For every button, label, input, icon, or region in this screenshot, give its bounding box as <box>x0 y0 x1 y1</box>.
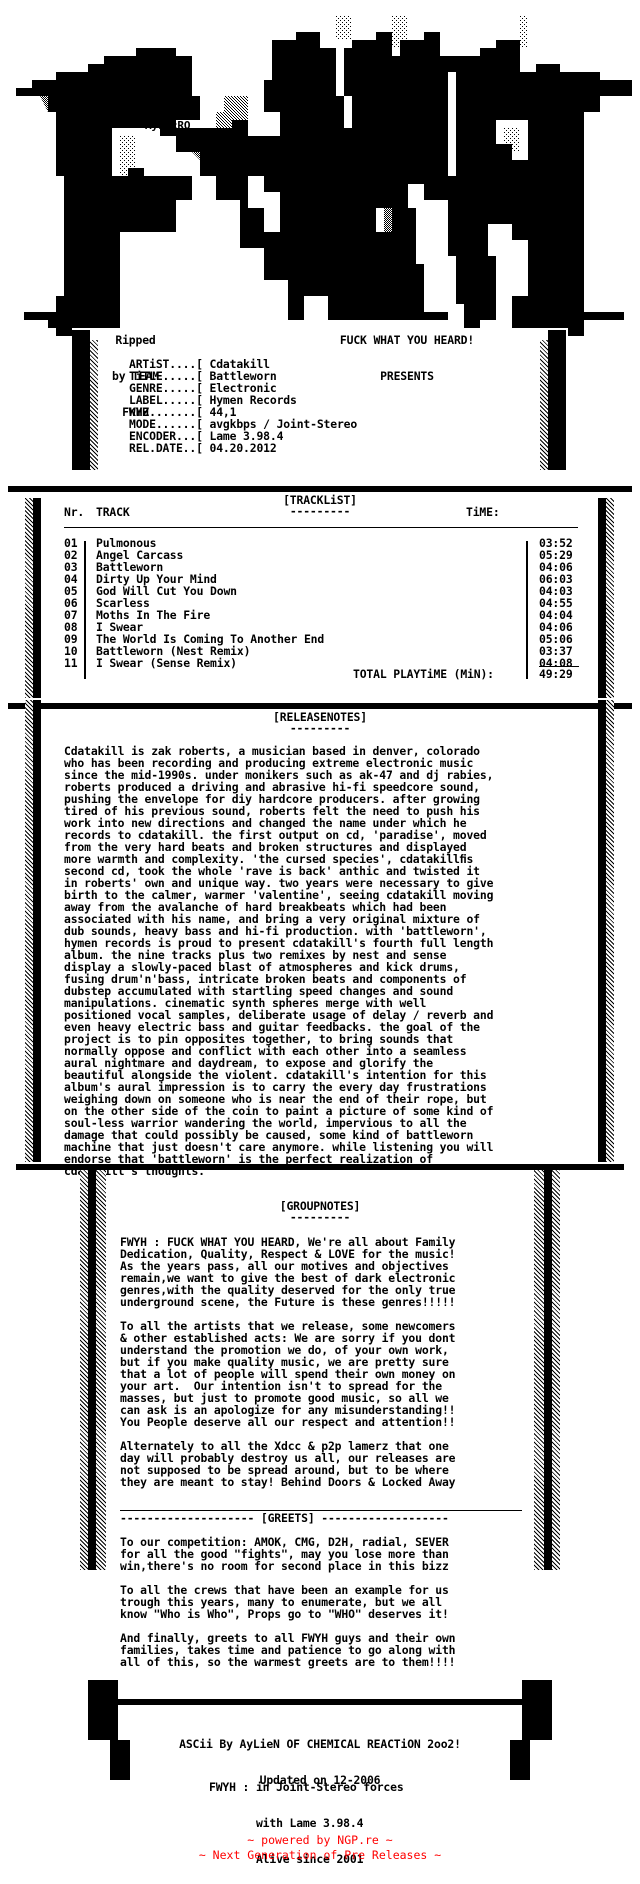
total-playtime-value: 49:29 <box>539 668 573 680</box>
tracklist-right-border <box>598 498 606 698</box>
footer-powered-by: ~ powered by NGP.re ~ <box>0 1833 640 1847</box>
groupnotes-left-shade-1 <box>80 1170 88 1570</box>
groupnotes-right-border <box>544 1170 552 1570</box>
info-value: 04.20.2012 <box>210 441 277 455</box>
tracklist-left-border <box>33 498 41 698</box>
tracklist-top-bar <box>8 486 632 492</box>
logo-art-icon <box>0 0 640 340</box>
presents-line-1: FUCK WHAT YOU HEARD! <box>322 334 492 346</box>
groupnotes-heading-underline: --------- <box>0 1211 640 1223</box>
groupnotes-paragraph: To all the artists that we release, some… <box>120 1320 455 1428</box>
greets-line: win,there's no room for second place in … <box>120 1560 455 1572</box>
track-title: I Swear (Sense Remix) <box>96 657 237 669</box>
info-row: REL.DATE..[ 04.20.2012 <box>129 442 357 454</box>
logo-signature: AyL.cRO <box>145 120 190 132</box>
releasenotes-body: Cdatakill is zak roberts, a musician bas… <box>64 745 493 1177</box>
credits-top-bar <box>110 1699 530 1705</box>
fwyh-ascii-logo <box>0 0 640 340</box>
releasenotes-heading-underline: --------- <box>0 722 640 734</box>
left-pillar-shade <box>90 340 98 470</box>
tracklist-time-divider <box>526 541 528 679</box>
groupnotes-left-shade-2 <box>96 1170 106 1570</box>
credits-line-ascii: ASCii By AyLieN OF CHEMICAL REACTiON 2oo… <box>0 1738 640 1750</box>
greets-body: To our competition: AMOK, CMG, D2H, radi… <box>120 1536 455 1680</box>
groupnotes-top-bar <box>16 1164 624 1170</box>
groupnotes-line: they are meant to stay! Behind Doors & L… <box>120 1476 455 1488</box>
greets-heading: -------------------- [GREETS] ----------… <box>120 1512 449 1524</box>
col-track: TRACK <box>96 506 130 518</box>
fwyh-line-2: with Lame 3.98.4 <box>209 1817 404 1829</box>
groupnotes-paragraph: FWYH : FUCK WHAT YOU HEARD, We're all ab… <box>120 1236 455 1308</box>
tracklist-right-shade <box>606 498 614 698</box>
releasenotes-left-shade <box>25 700 33 1162</box>
groupnotes-left-border <box>88 1170 96 1570</box>
greets-line: all of this, so the warmest greets are t… <box>120 1656 455 1668</box>
releasenotes-left-border <box>33 700 41 1162</box>
greets-paragraph: And finally, greets to all FWYH guys and… <box>120 1632 455 1668</box>
tracklist-header-rule <box>64 527 578 528</box>
groupnotes-right-shade-1 <box>534 1170 544 1570</box>
groupnotes-line: underground scene, the Future is these g… <box>120 1296 455 1308</box>
groupnotes-body: FWYH : FUCK WHAT YOU HEARD, We're all ab… <box>120 1236 455 1500</box>
releasenotes-right-border <box>598 700 606 1162</box>
tracklist-left-shade <box>25 498 33 698</box>
releasenotes-right-shade <box>606 700 614 1162</box>
col-time: TiME: <box>466 506 500 518</box>
greets-line: know "Who is Who", Props go to "WHO" des… <box>120 1608 455 1620</box>
greets-paragraph: To all the crews that have been an examp… <box>120 1584 455 1620</box>
groupnotes-right-shade-2 <box>552 1170 560 1570</box>
track-number: 11 <box>64 657 77 669</box>
groupnotes-line: You People deserve all our respect and a… <box>120 1416 455 1428</box>
releasenotes-top-bar <box>8 703 632 709</box>
greets-paragraph: To our competition: AMOK, CMG, D2H, radi… <box>120 1536 455 1572</box>
footer-tagline: ~ Next Generation of Pre Releases ~ <box>0 1848 640 1862</box>
groupnotes-paragraph: Alternately to all the Xdcc & p2p lamerz… <box>120 1440 455 1488</box>
right-pillar-shade <box>540 340 548 470</box>
fwyh-line-1: FWYH : in Joint-Stereo forces <box>209 1781 404 1793</box>
left-pillar <box>72 330 90 470</box>
tracklist-nr-divider <box>84 541 86 679</box>
info-label: REL.DATE..[ <box>129 441 210 455</box>
right-pillar <box>548 330 566 470</box>
release-info: ARTiST....[ CdatakillTiTLE.....[ Battlew… <box>129 358 357 454</box>
total-playtime-label: TOTAL PLAYTiME (MiN): <box>353 668 494 680</box>
col-nr: Nr. <box>64 506 84 518</box>
ripped-line-1: Ripped <box>112 334 159 346</box>
